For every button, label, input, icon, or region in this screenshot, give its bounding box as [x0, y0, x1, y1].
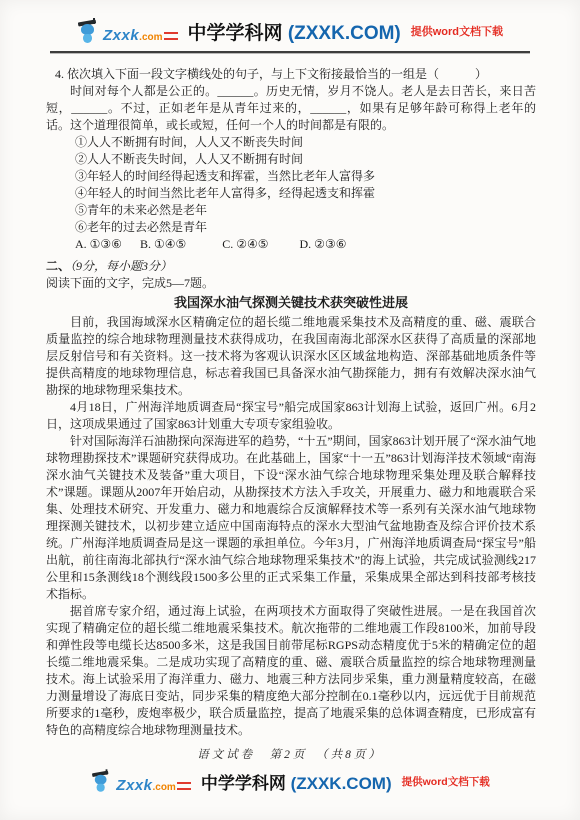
choice-b: B. ①④⑤: [140, 236, 186, 253]
site-domain: (ZXXK.COM): [291, 774, 392, 793]
article-paragraph-3: 针对国际海洋石油勘探向深海进军的趋势，“十五”期间，国家863计划开展了“深水油…: [46, 433, 536, 603]
logo-text-suffix: .com: [139, 32, 162, 43]
option-6: ⑥老年的过去必然是青年: [75, 219, 536, 236]
site-title: 中学学科网 (ZXXK.COM): [188, 18, 401, 45]
section2-instruction: 阅读下面的文字，完成5—7题。: [46, 275, 536, 292]
site-name: 中学学科网: [201, 774, 286, 793]
footer-tagline: 提供word文档下载: [402, 774, 490, 789]
footer-page-info: 语文试卷 第2页 （共8页）: [0, 746, 580, 762]
section2-heading: 二、（9分，每小题3分）: [46, 258, 536, 275]
option-4: ④年轻人的时间当然比老年人富得多，经得起透支和挥霍: [75, 185, 536, 202]
header-tagline: 提供word文档下载: [411, 23, 503, 39]
site-domain: (ZXXK.COM): [288, 23, 401, 44]
logo-text-main: Zxxk: [116, 777, 152, 794]
article-paragraph-1: 目前，我国海域深水区精确定位的超长缆二维地震采集技术及高精度的重、磁、震联合质量…: [46, 314, 536, 399]
logo-red-mark: [177, 782, 191, 790]
zxxk-logo-footer: Zxxk.com: [90, 768, 191, 794]
article-paragraph-4: 据首席专家介绍，通过海上试验，在两项技术方面取得了突破性进展。一是在我国首次实现…: [46, 603, 536, 739]
logo-text-main: Zxxk: [103, 27, 139, 44]
choice-a: A. ①③⑥: [75, 236, 122, 253]
option-2: ②人人不断丧失时间，人人又不断拥有时间: [75, 151, 536, 168]
question4-passage: 时间对每个人都是公正的。______。历史无情，岁月不饶人。老人是去日苦长，来日…: [46, 83, 536, 134]
question4-stem: 4. 依次填入下面一段文字横线处的句子，与上下文衔接最恰当的一组是（ ）: [55, 66, 536, 83]
article-title: 我国深水油气探测关键技术获突破性进展: [46, 294, 536, 311]
site-title: 中学学科网 (ZXXK.COM): [201, 769, 392, 794]
zxxk-logo: Zxxk.com: [77, 18, 178, 44]
logo-red-mark: [164, 32, 178, 40]
option-1: ①人人不断拥有时间，人人又不断丧失时间: [75, 134, 536, 151]
page-header: Zxxk.com 中学学科网 (ZXXK.COM) 提供word文档下载: [0, 0, 580, 53]
mascot-icon: [91, 769, 113, 792]
option-5: ⑤青年的未来必然是老年: [75, 202, 536, 219]
exam-content: 4. 依次填入下面一段文字横线处的句子，与上下文衔接最恰当的一组是（ ） 时间对…: [0, 53, 580, 739]
section2-score-note: （9分，每小题3分）: [70, 259, 172, 273]
mascot-body: [83, 34, 92, 43]
logo-wordmark: Zxxk.com: [116, 778, 191, 794]
logo-wordmark: Zxxk.com: [103, 28, 178, 44]
site-name: 中学学科网: [188, 23, 283, 44]
question4-options: ①人人不断拥有时间，人人又不断丧失时间 ②人人不断丧失时间，人人又不断拥有时间 …: [75, 134, 536, 236]
mascot-icon: [77, 18, 101, 44]
cap-tassel-icon: [93, 18, 95, 24]
choice-c: C. ②④⑤: [222, 236, 268, 253]
question4-choices: A. ①③⑥ B. ①④⑤ C. ②④⑤ D. ②③⑥: [75, 236, 536, 253]
mascot-body: [97, 784, 105, 792]
exam-scan-page: Zxxk.com 中学学科网 (ZXXK.COM) 提供word文档下载 4. …: [0, 0, 580, 820]
header-brand-row: Zxxk.com 中学学科网 (ZXXK.COM) 提供word文档下载: [0, 14, 580, 48]
logo-text-suffix: .com: [152, 782, 175, 793]
footer-brand-row: Zxxk.com 中学学科网 (ZXXK.COM) 提供word文档下载: [0, 766, 580, 796]
section2-label: 二、: [46, 259, 70, 273]
page-footer: 语文试卷 第2页 （共8页） Zxxk.com 中学学科网 (ZXXK.COM)…: [0, 746, 580, 796]
option-3: ③年轻人的时间经得起透支和挥霍，当然比老年人富得多: [75, 168, 536, 185]
choice-d: D. ②③⑥: [300, 236, 347, 253]
article-paragraph-2: 4月18日，广州海洋地质调查局“探宝号”船完成国家863计划海上试验，返回广州。…: [46, 399, 536, 433]
